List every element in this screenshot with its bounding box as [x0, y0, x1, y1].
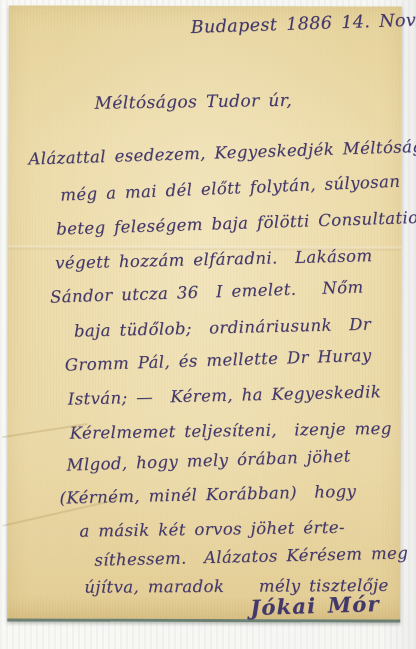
letter-paper: Budapest 1886 14. Nov. Méltóságos Tudor …	[7, 5, 402, 622]
signature: Jókai Mór	[250, 591, 380, 620]
letter-line: Kérelmemet teljesíteni, izenje meg	[70, 419, 392, 443]
letter-line: a másik két orvos jöhet érte-	[79, 518, 345, 541]
letter-line: síthessem. Alázatos Kérésem meg	[94, 543, 408, 569]
letter-line: (Kérném, minél Korábban) hogy	[59, 482, 356, 508]
letter-line: még a mai dél előtt folytán, súlyosan	[60, 172, 401, 205]
letter-line: Mlgod, hogy mely órában jöhet	[66, 446, 351, 474]
letter-line: baja tüdőlob; ordináriusunk Dr	[74, 315, 372, 341]
letter-line: beteg feleségem baja fölötti Consultatio	[56, 208, 416, 239]
date-line: Budapest 1886 14. Nov.	[190, 11, 416, 38]
letter-line: Gromm Pál, és mellette Dr Huray	[65, 346, 372, 375]
scan-background: Budapest 1886 14. Nov. Méltóságos Tudor …	[0, 0, 416, 649]
letter-line: végett hozzám elfáradni. Lakásom	[55, 246, 373, 272]
letter-line: Sándor utcza 36 I emelet. Nőm	[50, 277, 364, 306]
letter-line: Alázattal esedezem, Kegyeskedjék Méltósá…	[28, 136, 416, 168]
salutation: Méltóságos Tudor úr,	[94, 91, 292, 114]
letter-line: István; — Kérem, ha Kegyeskedik	[68, 382, 382, 408]
